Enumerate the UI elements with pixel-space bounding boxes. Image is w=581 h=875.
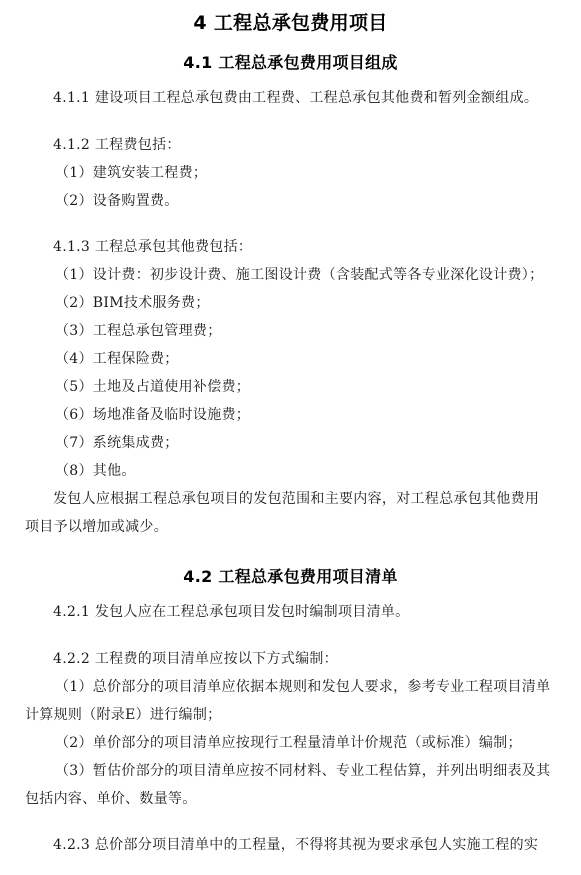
list-item: （6）场地准备及临时设施费； xyxy=(55,406,250,424)
list-item: （3）暂估价部分的项目清单应按不同材料、专业工程估算，并列出明细表及其 xyxy=(55,762,550,780)
list-item: （1）建筑安装工程费； xyxy=(55,164,207,182)
section-title-4-1: 4.1 工程总承包费用项目组成 xyxy=(0,54,581,72)
list-item: （2）BIM技术服务费； xyxy=(55,294,210,312)
list-item: （1）总价部分的项目清单应依据本规则和发包人要求，参考专业工程项目清单 xyxy=(55,678,550,696)
clause-4-1-2-heading: 4.1.2 工程费包括： xyxy=(53,136,181,154)
list-item: （7）系统集成费； xyxy=(55,434,179,452)
list-item-continuation: 包括内容、单价、数量等。 xyxy=(25,790,197,808)
list-item: （8）其他。 xyxy=(55,462,136,480)
list-item: （5）土地及占道使用补偿费； xyxy=(55,378,250,396)
chapter-title: 4 工程总承包费用项目 xyxy=(0,14,581,32)
list-item: （2）设备购置费。 xyxy=(55,192,179,210)
list-item-continuation: 计算规则（附录E）进行编制； xyxy=(25,706,221,724)
clause-4-1-1: 4.1.1 建设项目工程总承包费由工程费、工程总承包其他费和暂列金额组成。 xyxy=(53,89,538,107)
note-paragraph-line2: 项目予以增加或减少。 xyxy=(25,518,168,536)
clause-4-1-3-heading: 4.1.3 工程总承包其他费包括： xyxy=(53,238,252,256)
note-paragraph-line1: 发包人应根据工程总承包项目的发包范围和主要内容，对工程总承包其他费用 xyxy=(53,490,539,508)
list-item: （2）单价部分的项目清单应按现行工程量清单计价规范（或标准）编制； xyxy=(55,734,522,752)
clause-4-2-2-heading: 4.2.2 工程费的项目清单应按以下方式编制： xyxy=(53,650,338,668)
list-item: （1）设计费：初步设计费、施工图设计费（含装配式等各专业深化设计费）； xyxy=(55,266,543,284)
section-title-4-2: 4.2 工程总承包费用项目清单 xyxy=(0,568,581,586)
list-item: （3）工程总承包管理费； xyxy=(55,322,222,340)
list-item: （4）工程保险费； xyxy=(55,350,179,368)
clause-4-2-1: 4.2.1 发包人应在工程总承包项目发包时编制项目清单。 xyxy=(53,603,409,621)
clause-4-2-3: 4.2.3 总价部分项目清单中的工程量，不得将其视为要求承包人实施工程的实 xyxy=(53,836,538,854)
